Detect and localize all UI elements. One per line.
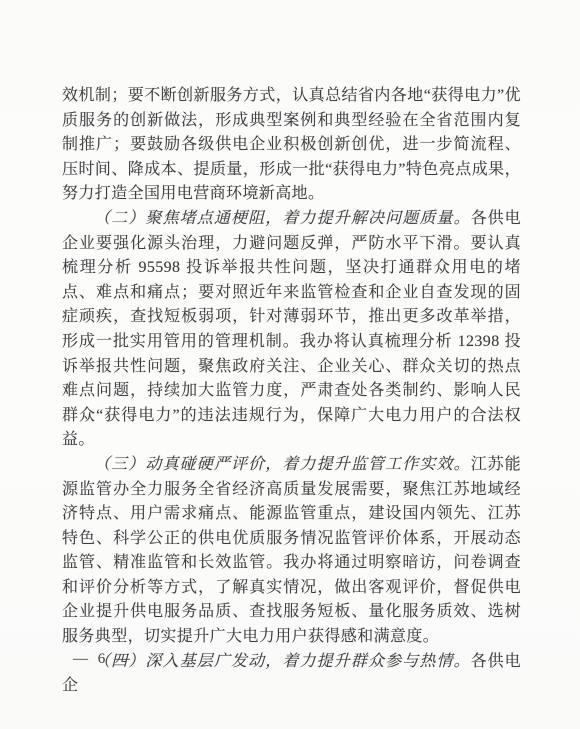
document-text-block: 效机制；要不断创新服务方式，认真总结省内各地“获得电力”优质服务的创新做法，形成… bbox=[62, 84, 521, 699]
paragraph-body: 效机制；要不断创新服务方式，认真总结省内各地“获得电力”优质服务的创新做法，形成… bbox=[62, 87, 521, 202]
document-page: 效机制；要不断创新服务方式，认真总结省内各地“获得电力”优质服务的创新做法，形成… bbox=[0, 0, 580, 729]
page-number: — 6 — bbox=[73, 651, 133, 668]
paragraph-continuation: 效机制；要不断创新服务方式，认真总结省内各地“获得电力”优质服务的创新做法，形成… bbox=[62, 84, 521, 207]
paragraph-section-2: （二）聚焦堵点通梗阻，着力提升解决问题质量。各供电企业要强化源头治理，力避问题反… bbox=[62, 207, 521, 453]
paragraph-lead: （四）深入基层广发动，着力提升群众参与热情。 bbox=[94, 653, 471, 670]
paragraph-lead: （三）动真碰硬严评价，着力提升监管工作实效。 bbox=[94, 456, 471, 473]
paragraph-body: 各供电企业要强化源头治理，力避问题反弹，严防水平下滑。要认真梳理分析 95598… bbox=[62, 210, 521, 448]
paragraph-section-3: （三）动真碰硬严评价，着力提升监管工作实效。江苏能源监管办全力服务全省经济高质量… bbox=[62, 453, 521, 650]
paragraph-lead: （二）聚焦堵点通梗阻，着力提升解决问题质量。 bbox=[94, 210, 471, 227]
paragraph-body: 江苏能源监管办全力服务全省经济高质量发展需要，聚焦江苏地域经济特点、用户需求痛点… bbox=[62, 456, 521, 645]
